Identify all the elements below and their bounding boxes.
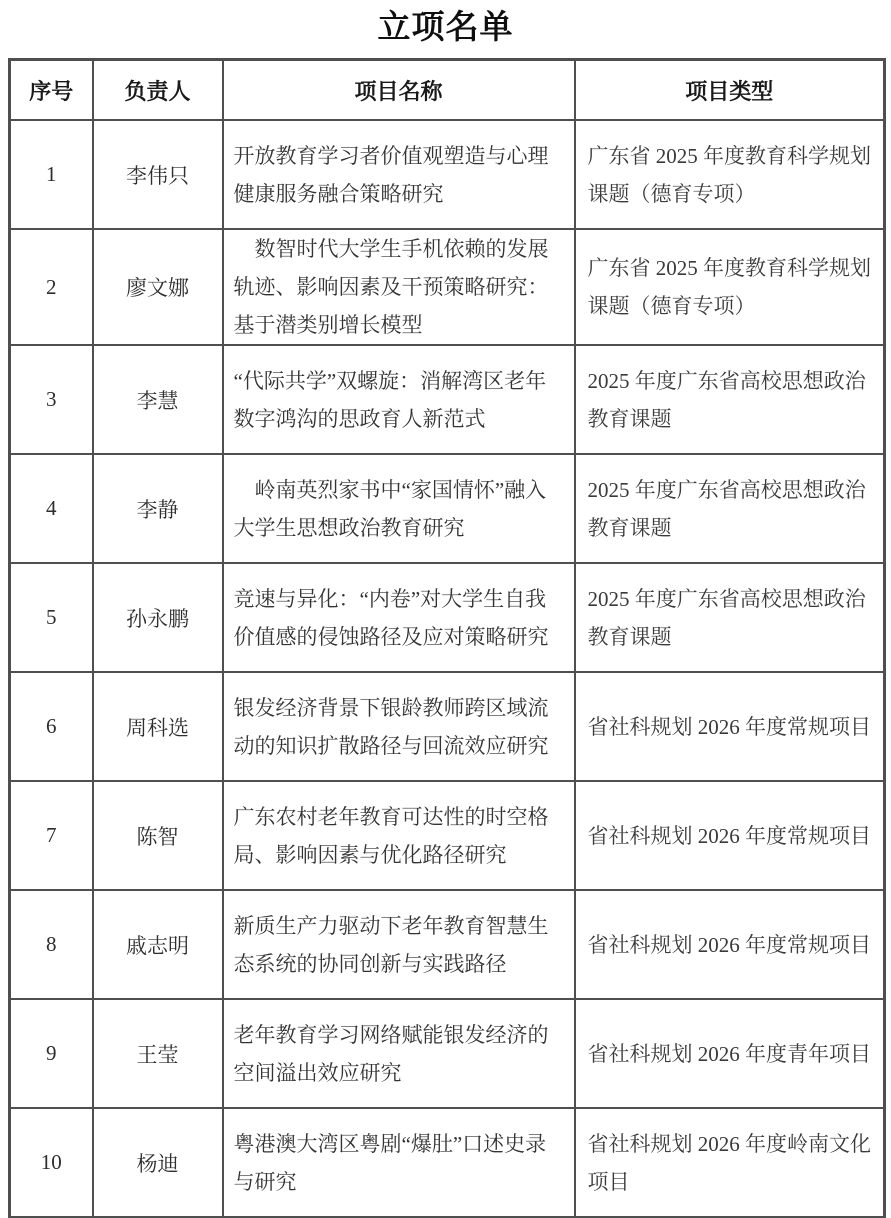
cell-no: 9 <box>10 999 93 1108</box>
cell-no: 10 <box>10 1108 93 1218</box>
table-row: 6 周科选 银发经济背景下银龄教师跨区域流动的知识扩散路径与回流效应研究 省社科… <box>10 672 885 781</box>
cell-project-type: 省社科规划 2026 年度常规项目 <box>575 890 885 999</box>
cell-no: 1 <box>10 120 93 229</box>
table-row: 2 廖文娜 数智时代大学生手机依赖的发展轨迹、影响因素及干预策略研究：基于潜类别… <box>10 229 885 345</box>
cell-project-name: “代际共学”双螺旋：消解湾区老年数字鸿沟的思政育人新范式 <box>223 345 575 454</box>
cell-leader: 李伟只 <box>93 120 223 229</box>
cell-no: 4 <box>10 454 93 563</box>
header-project-name: 项目名称 <box>223 60 575 121</box>
table-header: 序号 负责人 项目名称 项目类型 <box>10 60 885 121</box>
header-leader: 负责人 <box>93 60 223 121</box>
header-project-type: 项目类型 <box>575 60 885 121</box>
table-row: 5 孙永鹏 竞速与异化：“内卷”对大学生自我价值感的侵蚀路径及应对策略研究 20… <box>10 563 885 672</box>
cell-project-name: 粤港澳大湾区粤剧“爆肚”口述史录与研究 <box>223 1108 575 1218</box>
cell-project-type: 广东省 2025 年度教育科学规划课题（德育专项） <box>575 120 885 229</box>
cell-leader: 周科选 <box>93 672 223 781</box>
cell-project-name: 开放教育学习者价值观塑造与心理健康服务融合策略研究 <box>223 120 575 229</box>
cell-leader: 戚志明 <box>93 890 223 999</box>
header-row: 序号 负责人 项目名称 项目类型 <box>10 60 885 121</box>
cell-no: 8 <box>10 890 93 999</box>
cell-project-type: 省社科规划 2026 年度常规项目 <box>575 781 885 890</box>
cell-leader: 王莹 <box>93 999 223 1108</box>
cell-leader: 李慧 <box>93 345 223 454</box>
project-list-table: 序号 负责人 项目名称 项目类型 1 李伟只 开放教育学习者价值观塑造与心理健康… <box>8 58 886 1218</box>
cell-project-type: 广东省 2025 年度教育科学规划课题（德育专项） <box>575 229 885 345</box>
table-row: 10 杨迪 粤港澳大湾区粤剧“爆肚”口述史录与研究 省社科规划 2026 年度岭… <box>10 1108 885 1218</box>
cell-no: 5 <box>10 563 93 672</box>
table-row: 7 陈智 广东农村老年教育可达性的时空格局、影响因素与优化路径研究 省社科规划 … <box>10 781 885 890</box>
cell-project-type: 2025 年度广东省高校思想政治教育课题 <box>575 454 885 563</box>
table-row: 1 李伟只 开放教育学习者价值观塑造与心理健康服务融合策略研究 广东省 2025… <box>10 120 885 229</box>
cell-project-name: 老年教育学习网络赋能银发经济的空间溢出效应研究 <box>223 999 575 1108</box>
cell-project-name: 银发经济背景下银龄教师跨区域流动的知识扩散路径与回流效应研究 <box>223 672 575 781</box>
table-row: 3 李慧 “代际共学”双螺旋：消解湾区老年数字鸿沟的思政育人新范式 2025 年… <box>10 345 885 454</box>
cell-project-type: 省社科规划 2026 年度常规项目 <box>575 672 885 781</box>
cell-leader: 孙永鹏 <box>93 563 223 672</box>
cell-project-type: 2025 年度广东省高校思想政治教育课题 <box>575 563 885 672</box>
table-body: 1 李伟只 开放教育学习者价值观塑造与心理健康服务融合策略研究 广东省 2025… <box>10 120 885 1218</box>
table-row: 4 李静 岭南英烈家书中“家国情怀”融入大学生思想政治教育研究 2025 年度广… <box>10 454 885 563</box>
cell-project-type: 省社科规划 2026 年度青年项目 <box>575 999 885 1108</box>
cell-project-type: 2025 年度广东省高校思想政治教育课题 <box>575 345 885 454</box>
cell-no: 3 <box>10 345 93 454</box>
cell-no: 6 <box>10 672 93 781</box>
cell-project-name: 新质生产力驱动下老年教育智慧生态系统的协同创新与实践路径 <box>223 890 575 999</box>
cell-project-name: 广东农村老年教育可达性的时空格局、影响因素与优化路径研究 <box>223 781 575 890</box>
cell-project-name: 竞速与异化：“内卷”对大学生自我价值感的侵蚀路径及应对策略研究 <box>223 563 575 672</box>
cell-project-name: 数智时代大学生手机依赖的发展轨迹、影响因素及干预策略研究：基于潜类别增长模型 <box>223 229 575 345</box>
cell-leader: 杨迪 <box>93 1108 223 1218</box>
cell-project-name: 岭南英烈家书中“家国情怀”融入大学生思想政治教育研究 <box>223 454 575 563</box>
cell-leader: 李静 <box>93 454 223 563</box>
page-title: 立项名单 <box>0 0 891 58</box>
cell-project-type: 省社科规划 2026 年度岭南文化项目 <box>575 1108 885 1218</box>
table-row: 8 戚志明 新质生产力驱动下老年教育智慧生态系统的协同创新与实践路径 省社科规划… <box>10 890 885 999</box>
header-no: 序号 <box>10 60 93 121</box>
cell-leader: 廖文娜 <box>93 229 223 345</box>
cell-no: 2 <box>10 229 93 345</box>
cell-leader: 陈智 <box>93 781 223 890</box>
table-row: 9 王莹 老年教育学习网络赋能银发经济的空间溢出效应研究 省社科规划 2026 … <box>10 999 885 1108</box>
document-page: 立项名单 序号 负责人 项目名称 项目类型 1 李伟只 开放教育学习者价值观塑造… <box>0 0 891 1218</box>
cell-no: 7 <box>10 781 93 890</box>
